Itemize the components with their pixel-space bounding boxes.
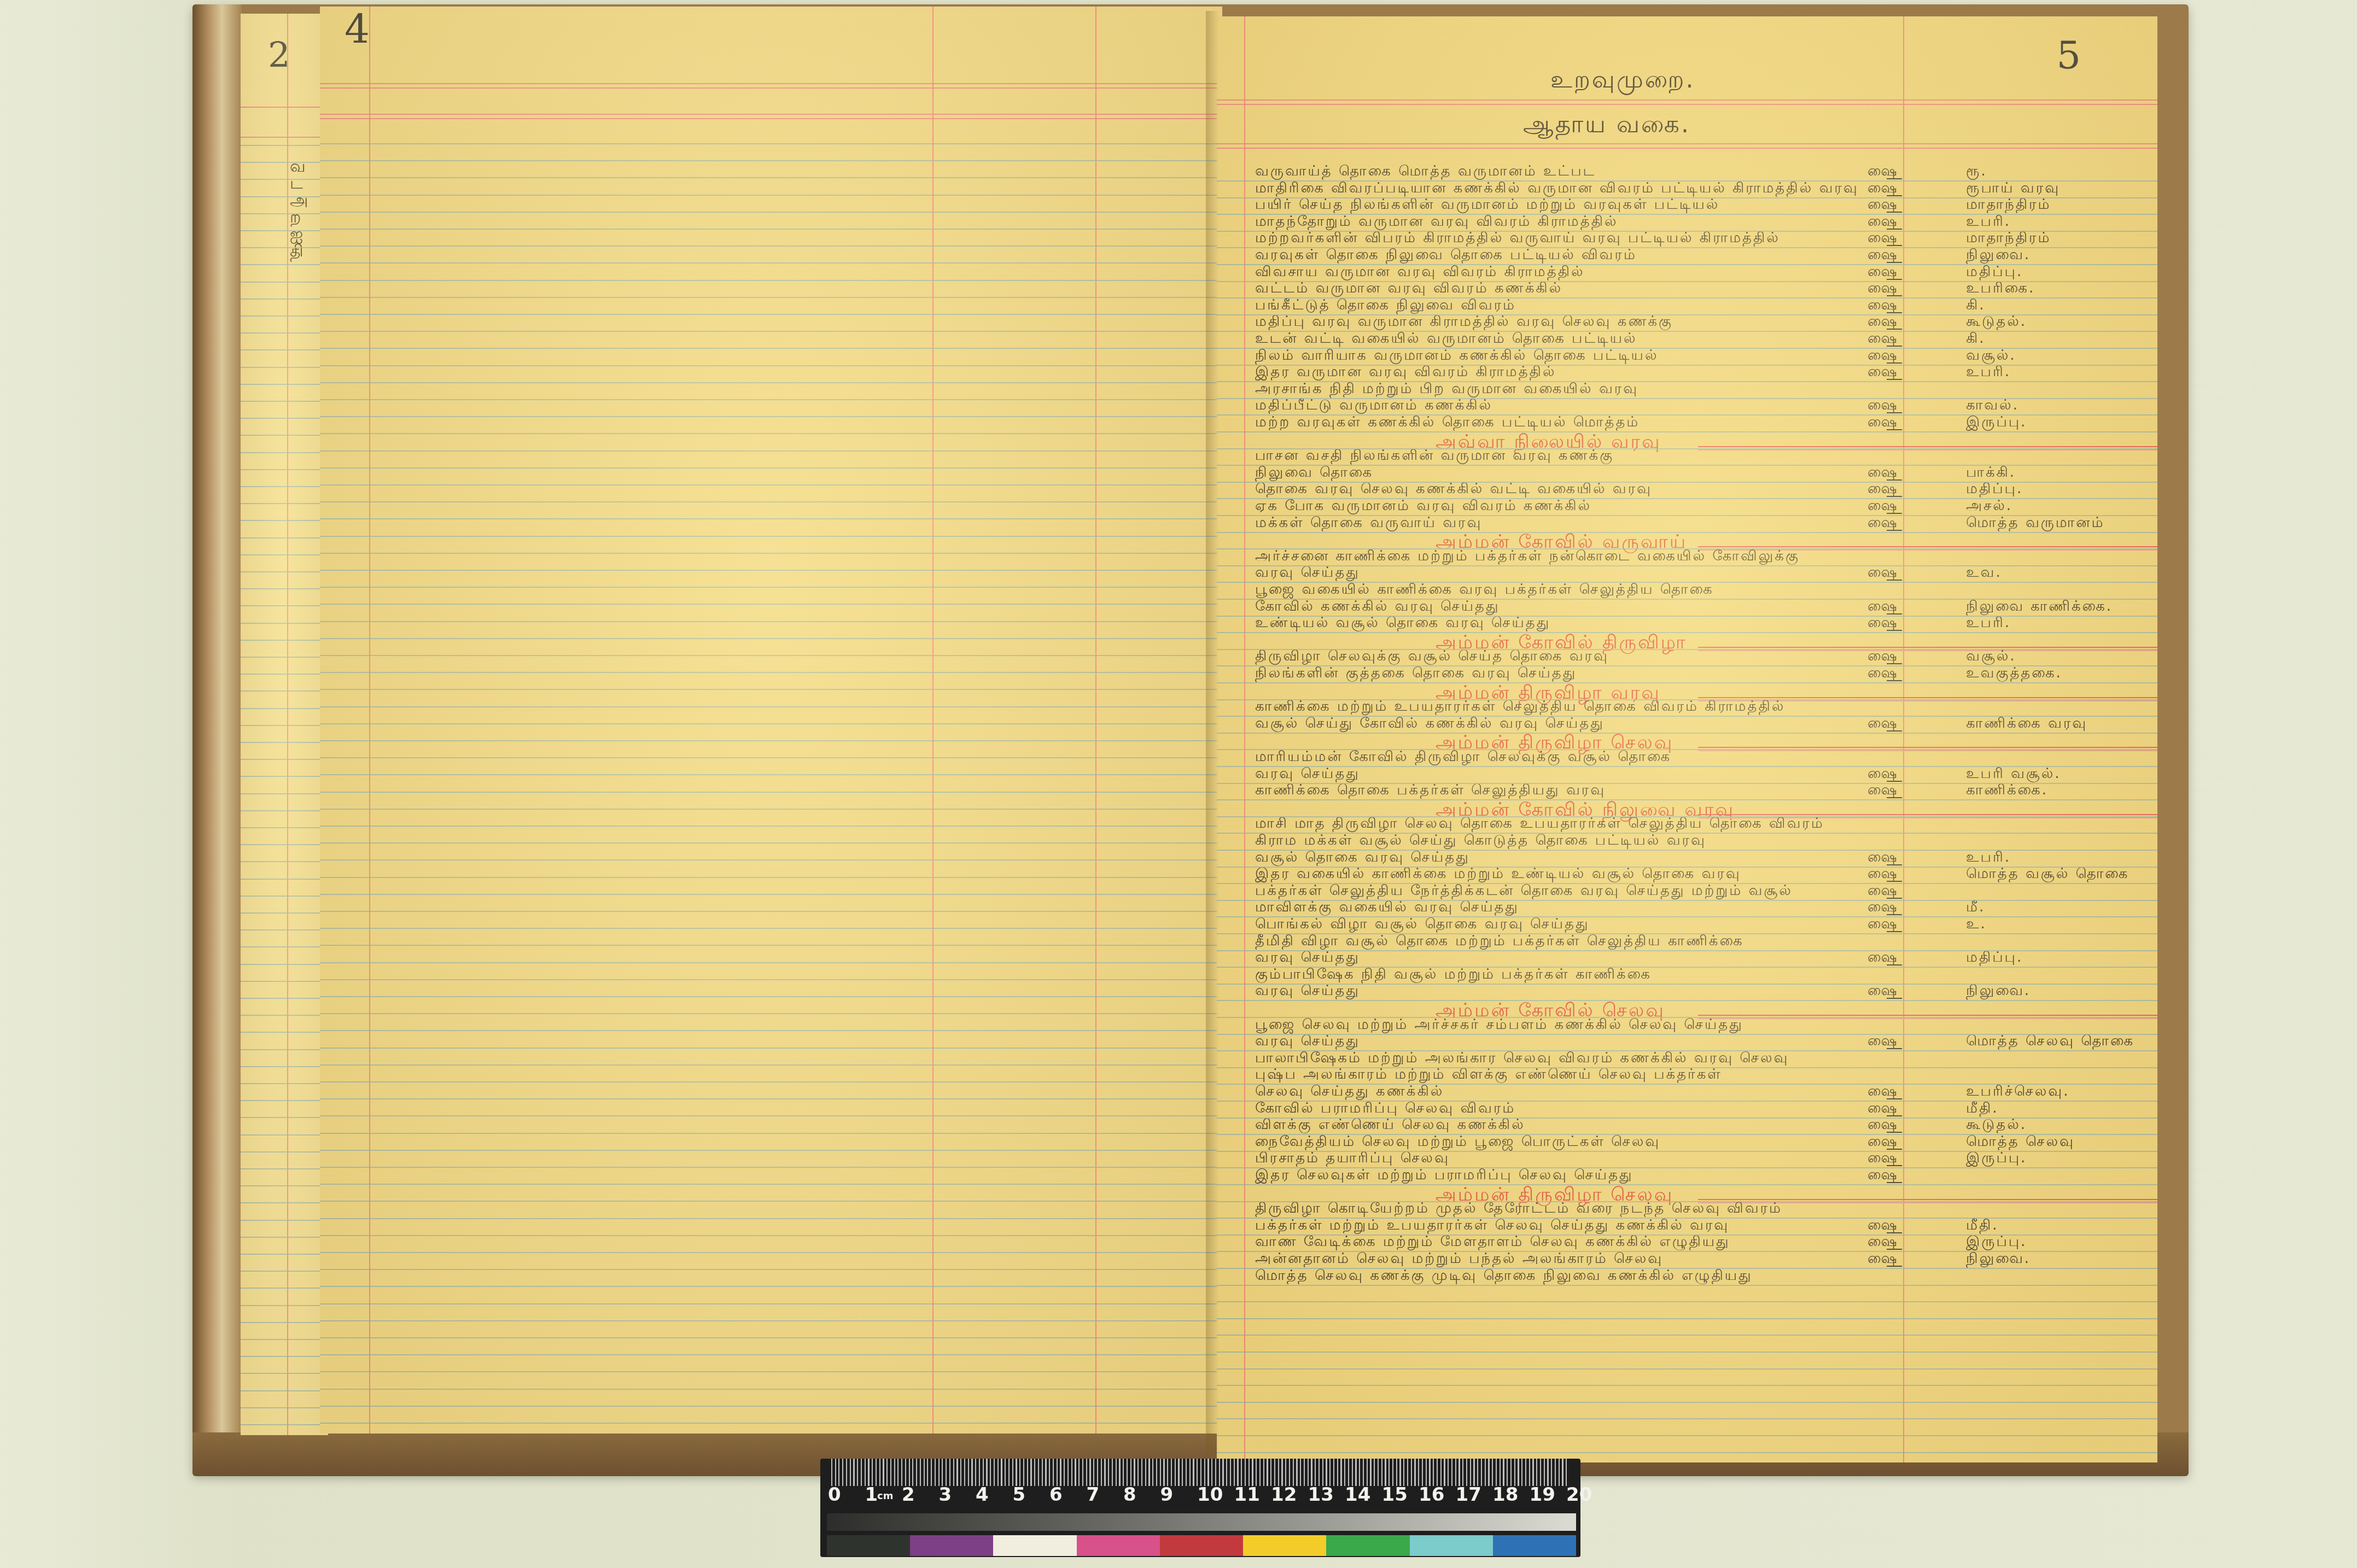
ledger-entry-text: மாரியம்மன் கோவில் திருவிழா செலவுக்கு வசூ…	[1255, 748, 1671, 767]
ledger-entry-text: விவசாய வருமான வரவு விவரம் கிராமத்தில்	[1255, 264, 1585, 282]
ledger-entry-text: மதிப்பீட்டு வருமானம் கணக்கில்	[1255, 397, 1492, 415]
color-patch-cyan	[1410, 1535, 1493, 1556]
ruling-line	[1217, 515, 2157, 516]
ruling-line	[320, 638, 1222, 639]
ruling-line	[241, 537, 328, 539]
ruling-line	[241, 1220, 328, 1221]
amount-value: நிலுவை.	[1966, 982, 2031, 1001]
ruling-line	[1217, 180, 2157, 182]
amount-value: இருப்பு.	[1966, 1150, 2027, 1168]
ruling-line	[241, 896, 328, 897]
ruling-line	[241, 1202, 328, 1203]
ruling-line	[1217, 699, 2157, 700]
scale-tick-label: 9	[1160, 1484, 1174, 1506]
ruling-line	[320, 1337, 1222, 1338]
ruling-line	[320, 979, 1222, 980]
ledger-entry-text: வரவு செய்தது	[1255, 1033, 1360, 1051]
ruling-line	[320, 1269, 1222, 1270]
ruling-line	[241, 912, 328, 914]
ditto-underline	[1887, 1266, 1902, 1267]
ruling-line	[1217, 231, 2157, 232]
ruling-line	[241, 469, 328, 470]
ruling-line	[1217, 1435, 2157, 1436]
ruling-line	[320, 1218, 1222, 1219]
ruling-line	[1217, 984, 2157, 985]
ruling-line	[320, 450, 1222, 452]
margin-line	[1244, 16, 1245, 1462]
ledger-entry-text: பக்தர்கள் மற்றும் உபயதாரர்கள் செலவு செய்…	[1255, 1217, 1729, 1235]
ruling-line	[1217, 883, 2157, 884]
ruling-line	[241, 384, 328, 385]
ruling-line	[320, 536, 1222, 537]
ruling-line	[1217, 582, 2157, 583]
ledger-entry-text: வசூல் செய்து கோவில் கணக்கில் வரவு செய்தத…	[1255, 715, 1605, 733]
scale-tick-label: 15	[1382, 1484, 1408, 1506]
ledger-entry-text: பூஜை வகையில் காணிக்கை வரவு பக்தர்கள் செல…	[1255, 581, 1714, 599]
ditto-underline	[1887, 429, 1902, 430]
ruling-line	[1217, 1402, 2157, 1403]
ruling-line	[241, 1356, 328, 1357]
ruling-line	[241, 145, 328, 146]
header-rule	[1217, 104, 2157, 105]
ruling-line	[241, 623, 328, 624]
ruling-line	[320, 1115, 1222, 1116]
ruling-line	[241, 1049, 328, 1050]
column-line	[1095, 7, 1096, 1434]
ruling-line	[320, 143, 1222, 144]
color-patch-blue	[1493, 1535, 1576, 1556]
scale-tick-label: 20	[1566, 1484, 1592, 1506]
ruling-line	[241, 1390, 328, 1391]
ruling-line	[241, 879, 328, 880]
ledger-entry-text: திருவிழா செலவுக்கு வசூல் செய்த தொகை வரவு	[1255, 648, 1609, 666]
ruling-line	[1217, 1318, 2157, 1319]
ledger-entry-text: திருவிழா கொடியேற்றம் முதல் தேரோட்டம் வரை…	[1255, 1200, 1782, 1218]
ruling-line	[320, 280, 1222, 281]
ruling-line	[1217, 716, 2157, 717]
scale-tick-label: 18	[1492, 1484, 1518, 1506]
ruling-line	[1217, 548, 2157, 549]
ruling-line	[320, 1235, 1222, 1236]
ledger-entry-text: பொங்கல் விழா வசூல் தொகை வரவு செய்தது	[1255, 916, 1590, 934]
ruling-line	[241, 264, 328, 265]
ruling-line	[1217, 1218, 2157, 1219]
ruling-line	[1217, 431, 2157, 432]
ledger-entry-text: உண்டியல் வசூல் தொகை வரவு செய்தது	[1255, 615, 1550, 633]
ruling-line	[320, 859, 1222, 861]
ruling-line	[320, 842, 1222, 844]
ruling-line	[320, 467, 1222, 469]
ruling-line	[241, 1083, 328, 1084]
ruling-line	[320, 1286, 1222, 1287]
ruling-line	[241, 1066, 328, 1067]
ruling-line	[320, 331, 1222, 332]
ruling-line	[320, 672, 1222, 673]
ditto-underline	[1887, 964, 1902, 966]
ruling-line	[1217, 1034, 2157, 1035]
amount-value: கூடுதல்.	[1966, 1116, 2027, 1134]
amount-value: மொத்த வசூல் தொகை	[1966, 865, 2129, 884]
amount-value: உபரி வசூல்.	[1966, 765, 2061, 783]
ruling-line	[241, 247, 328, 248]
ledger-entry-text: நிலுவை தொகை	[1255, 464, 1373, 482]
ruling-line	[320, 348, 1222, 349]
ruling-line	[241, 1271, 328, 1272]
ledger-entry-text: நிலங்களின் குத்தகை தொகை வரவு செய்தது	[1255, 665, 1577, 683]
ruling-line	[1217, 532, 2157, 533]
ruling-line	[320, 1081, 1222, 1083]
ruling-line	[320, 894, 1222, 895]
ruling-line	[320, 655, 1222, 656]
ruling-line	[241, 179, 328, 180]
ledger-entry-text: பிரசாதம் தயாரிப்பு செலவு	[1255, 1150, 1450, 1168]
stub-page: 2 வடஅறஐதி	[241, 14, 328, 1435]
ruling-line	[320, 740, 1222, 741]
ruling-line	[1217, 281, 2157, 282]
ruling-line	[320, 1406, 1222, 1407]
ledger-entry-text: வருவாய்த் தொகை மொத்த வருமானம் உட்பட	[1255, 163, 1596, 181]
ruling-line	[1217, 1134, 2157, 1135]
ruling-line	[320, 484, 1222, 485]
ruling-line	[1217, 1335, 2157, 1336]
ruling-line	[241, 1237, 328, 1238]
ruling-line	[320, 928, 1222, 929]
ledger-entry-text: உடன் வட்டி வகையில் வருமானம் தொகை பட்டியல…	[1255, 330, 1637, 348]
amount-value: இருப்பு.	[1966, 414, 2027, 432]
scale-tick-label: 13	[1308, 1484, 1334, 1506]
ruling-line	[241, 1032, 328, 1033]
ruling-line	[241, 929, 328, 931]
scale-unit-label: cm	[877, 1490, 893, 1502]
amount-column-line	[1903, 16, 1904, 1462]
ruling-line	[241, 196, 328, 197]
ruling-line	[320, 587, 1222, 588]
amount-value: ரூபாய் வரவு	[1966, 180, 2060, 198]
ruling-line	[1217, 1101, 2157, 1102]
ruling-line	[241, 315, 328, 317]
ruling-line	[1217, 916, 2157, 917]
ruling-line	[1217, 398, 2157, 399]
ruling-line	[1217, 297, 2157, 299]
amount-value: கூடுதல்.	[1966, 313, 2027, 331]
ruling-line	[241, 1117, 328, 1118]
ditto-underline	[1887, 730, 1902, 732]
ruling-line	[1217, 314, 2157, 315]
ruling-line	[320, 1184, 1222, 1185]
ruling-line	[241, 452, 328, 453]
ditto-underline	[1887, 998, 1902, 999]
scale-tick-label: 8	[1123, 1484, 1136, 1506]
ruling-line	[241, 1015, 328, 1016]
ledger-entry-text: நிலம் வாரியாக வருமானம் கணக்கில் தொகை பட்…	[1255, 347, 1659, 365]
ruling-line	[320, 1320, 1222, 1321]
ruling-line	[1217, 1084, 2157, 1085]
ruling-line	[241, 981, 328, 982]
ruling-line	[320, 382, 1222, 383]
scale-tick-label: 17	[1456, 1484, 1481, 1506]
ruling-line	[320, 212, 1222, 213]
ruling-line	[241, 299, 328, 300]
ruling-line	[241, 742, 328, 743]
ditto-underline	[1887, 379, 1902, 380]
ruling-line	[1217, 665, 2157, 666]
ruling-line	[241, 230, 328, 231]
ruling-line	[320, 1048, 1222, 1049]
ruling-line	[320, 1013, 1222, 1014]
ruling-line	[241, 162, 328, 163]
ledger-entry-text: கோவில் கணக்கில் வரவு செய்தது	[1255, 598, 1500, 616]
ruler-ticks	[831, 1459, 1570, 1486]
header-rule	[1217, 148, 2157, 149]
ledger-entry-text: வரவு செய்தது	[1255, 564, 1360, 582]
ruling-line	[1217, 682, 2157, 683]
ruling-line	[320, 911, 1222, 912]
amount-value: மீ.	[1966, 899, 1985, 917]
ruling-line	[1217, 950, 2157, 951]
ruling-line	[320, 229, 1222, 230]
amount-value: மீதி.	[1966, 1217, 1999, 1235]
amount-value: அசல்.	[1966, 498, 2012, 516]
ruling-line	[320, 1423, 1222, 1424]
ledger-entry-text: இதர வருமான வரவு விவரம் கிராமத்தில்	[1255, 364, 1556, 382]
ruling-line	[1217, 783, 2157, 784]
amount-value: பாக்கி.	[1966, 464, 2016, 482]
ruling-line	[241, 1151, 328, 1152]
ledger-entry-text: பாலாபிஷேகம் மற்றும் அலங்கார செலவு விவரம்…	[1255, 1050, 1789, 1068]
scale-tick-label: 19	[1530, 1484, 1555, 1506]
ruling-line	[241, 1305, 328, 1306]
ruling-line	[1217, 1452, 2157, 1453]
ruling-line	[1217, 1201, 2157, 1202]
ruling-line	[320, 1064, 1222, 1066]
ledger-entry-text: தீமிதி விழா வசூல் தொகை மற்றும் பக்தர்கள்…	[1255, 933, 1744, 951]
ruling-line	[241, 503, 328, 504]
page-title: உறவுமுறை.	[1550, 66, 1695, 97]
ruling-line	[1217, 264, 2157, 265]
header-rule	[1217, 143, 2157, 144]
scale-tick-label: 16	[1419, 1484, 1444, 1506]
ruling-line	[320, 1098, 1222, 1099]
ruling-line	[320, 570, 1222, 571]
ruling-line	[1217, 482, 2157, 483]
ruling-line	[241, 588, 328, 589]
amount-value: மாதாந்திரம்	[1966, 230, 2051, 248]
ledger-entry-text: பக்தர்கள் செலுத்திய நேர்த்திக்கடன் தொகை …	[1255, 882, 1793, 900]
ruling-line	[1217, 599, 2157, 600]
ruling-line	[1217, 1118, 2157, 1119]
ruling-line	[320, 1133, 1222, 1134]
ruling-line	[241, 418, 328, 419]
ruling-line	[241, 1168, 328, 1169]
amount-value: வசூல்.	[1966, 648, 2016, 666]
ditto-underline	[1887, 630, 1902, 631]
ditto-underline	[1887, 797, 1902, 798]
ditto-underline	[1887, 1182, 1902, 1183]
ledger-entry-text: மாதந்தோறும் வருமான வரவு விவரம் கிராமத்தி…	[1255, 213, 1618, 231]
ruling-line	[1217, 967, 2157, 968]
ledger-entry-text: ஏக போக வருமானம் வரவு விவரம் கணக்கில்	[1255, 498, 1591, 516]
ledger-entry-text: வரவு செய்தது	[1255, 949, 1360, 967]
ruling-line	[1217, 414, 2157, 416]
amount-value: மதிப்பு.	[1966, 264, 2023, 282]
color-patch-red	[1160, 1535, 1243, 1556]
amount-value: உவ.	[1966, 564, 2002, 582]
ruling-line	[241, 998, 328, 999]
ruling-line	[1217, 1151, 2157, 1152]
ruling-line	[320, 706, 1222, 707]
amount-value: உபரிச்செலவு.	[1966, 1083, 2069, 1101]
ledger-entry-text: நைவேத்தியம் செலவு மற்றும் பூஜை பொருட்கள்…	[1255, 1133, 1660, 1151]
scale-tick-label: 0	[828, 1484, 841, 1506]
ruling-line	[320, 262, 1222, 264]
amount-value: மதிப்பு.	[1966, 481, 2023, 499]
ruling-line	[241, 810, 328, 811]
ruling-line	[1217, 1351, 2157, 1353]
ruling-line	[320, 757, 1222, 758]
ledger-entry-text: வரவுகள் தொகை நிலுவை தொகை பட்டியல் விவரம்	[1255, 247, 1637, 265]
ruling-line	[1217, 1251, 2157, 1252]
header-rule	[320, 87, 1222, 89]
ruling-line	[320, 399, 1222, 400]
amount-value: உபரி.	[1966, 849, 2011, 867]
ruling-line	[320, 945, 1222, 946]
ruling-line	[320, 723, 1222, 724]
ruling-line	[241, 401, 328, 402]
ruling-line	[320, 1030, 1222, 1031]
ruling-line	[320, 826, 1222, 827]
ditto-underline	[1887, 931, 1902, 932]
ledger-entry-text: மக்கள் தொகை வருவாய் வரவு	[1255, 514, 1482, 533]
ruling-line	[1217, 381, 2157, 382]
ruling-line	[241, 708, 328, 709]
ruling-line	[241, 554, 328, 555]
ledger-entry-text: வரவு செய்தது	[1255, 982, 1360, 1001]
amount-value: நிலுவை.	[1966, 247, 2031, 265]
ruling-line	[241, 1100, 328, 1101]
ruling-line	[320, 433, 1222, 434]
ruling-line	[1217, 733, 2157, 734]
ledger-entry-text: மற்றவர்களின் விபரம் கிராமத்தில் வருவாய் …	[1255, 230, 1780, 248]
color-calibration-scale: 01234567891011121314151617181920cm	[820, 1459, 1580, 1557]
ledger-entry-text: அன்னதானம் செலவு மற்றும் பந்தல் அலங்காரம்…	[1255, 1250, 1663, 1268]
scale-tick-label: 11	[1234, 1484, 1260, 1506]
ruling-line	[320, 774, 1222, 775]
ruling-line	[1217, 1301, 2157, 1302]
ruling-line	[1217, 1368, 2157, 1370]
ruling-line	[320, 996, 1222, 997]
ledger-entry-text: மற்ற வரவுகள் கணக்கில் தொகை பட்டியல் மொத்…	[1255, 414, 1640, 432]
ledger-entry-text: காணிக்கை தொகை பக்தர்கள் செலுத்தியது வரவு	[1255, 782, 1606, 800]
page-number: 5	[2056, 33, 2081, 78]
ledger-entry-text: வசூல் தொகை வரவு செய்தது	[1255, 849, 1470, 867]
ruling-line	[320, 792, 1222, 793]
ruling-line	[241, 520, 328, 521]
ledger-entry-text: காணிக்கை மற்றும் உபயதாரர்கள் செலுத்திய த…	[1255, 698, 1785, 716]
amount-value: உபரிகை.	[1966, 280, 2035, 298]
amount-value: ரூ.	[1966, 163, 1987, 181]
scale-tick-label: 10	[1197, 1484, 1223, 1506]
ruling-line	[320, 604, 1222, 605]
ruling-line	[1217, 565, 2157, 566]
ruling-line	[241, 861, 328, 862]
ruling-line	[1217, 1385, 2157, 1386]
ruling-line	[1217, 1167, 2157, 1168]
ruling-line	[1217, 766, 2157, 767]
ruling-line	[241, 640, 328, 641]
ruling-line	[241, 793, 328, 794]
ruling-line	[241, 1424, 328, 1425]
ruling-line	[1217, 331, 2157, 332]
ruling-line	[1217, 1234, 2157, 1236]
header-rule	[320, 118, 1222, 119]
header-rule	[320, 114, 1222, 115]
ruling-line	[1217, 749, 2157, 750]
ledger-entry-text: பயிர் செய்த நிலங்களின் வருமானம் மற்றும் …	[1255, 196, 1719, 214]
ledger-entry-text: விளக்கு எண்ணெய் செலவு கணக்கில்	[1255, 1116, 1525, 1134]
scale-tick-label: 5	[1013, 1484, 1026, 1506]
amount-value: கி.	[1966, 297, 1986, 315]
ledger-entry-text: கிராம மக்கள் வசூல் செய்து கொடுத்த தொகை ப…	[1255, 832, 1706, 850]
ruling-line	[1217, 1067, 2157, 1068]
amount-value: மீதி.	[1966, 1100, 1999, 1118]
book-spine-edge	[192, 4, 242, 1475]
amount-value: கி.	[1966, 330, 1986, 348]
ruling-line	[1217, 1050, 2157, 1051]
color-patch-magenta	[1077, 1535, 1160, 1556]
ledger-entry-text: அரசாங்க நிதி மற்றும் பிற வருமான வகையில் …	[1255, 381, 1638, 399]
ruling-line	[1217, 214, 2157, 215]
amount-value: மொத்த வருமானம்	[1966, 514, 2105, 533]
scale-tick-label: 6	[1049, 1484, 1063, 1506]
ruling-line	[1217, 816, 2157, 817]
ledger-entry-text: பூஜை செலவு மற்றும் அர்ச்சகர் சம்பளம் கணக…	[1255, 1016, 1743, 1034]
ruling-line	[1217, 1285, 2157, 1286]
ruling-line	[320, 314, 1222, 315]
ruling-line	[1217, 850, 2157, 851]
ruling-line	[241, 435, 328, 436]
ruling-line	[241, 1185, 328, 1186]
color-patch-yellow	[1243, 1535, 1326, 1556]
ruling-line	[1217, 1017, 2157, 1018]
ruling-line	[1217, 833, 2157, 834]
amount-value: மொத்த செலவு தொகை	[1966, 1033, 2134, 1051]
ledger-entry-text: கோவில் பராமரிப்பு செலவு விவரம்	[1255, 1100, 1515, 1118]
ditto-underline	[1887, 1048, 1902, 1049]
margin-line	[369, 7, 370, 1434]
ruling-line	[1217, 448, 2157, 449]
amount-value: உபரி.	[1966, 213, 2011, 231]
ruling-line	[320, 1303, 1222, 1304]
ledger-entry-text: மாசி மாத திருவிழா செலவு தொகை உபயதாரர்கள்…	[1255, 815, 1824, 833]
ruling-line	[241, 1322, 328, 1323]
page-gutter	[1206, 11, 1228, 1454]
ledger-entry-text: இதர வகையில் காணிக்கை மற்றும் உண்டியல் வச…	[1255, 865, 1741, 884]
ruling-line	[241, 657, 328, 658]
ledger-entry-text: இதர செலவுகள் மற்றும் பராமரிப்பு செலவு செ…	[1255, 1167, 1633, 1185]
ruling-line	[241, 674, 328, 675]
scale-tick-label: 2	[902, 1484, 915, 1506]
margin-fragment: தி	[290, 242, 304, 263]
ruling-line	[320, 621, 1222, 622]
ruling-line	[320, 365, 1222, 366]
ruling-line	[320, 809, 1222, 810]
color-patch-green	[1326, 1535, 1409, 1556]
ruling-line	[241, 349, 328, 350]
ruling-line	[241, 691, 328, 692]
color-patch-white	[993, 1535, 1076, 1556]
ruling-line	[320, 1201, 1222, 1202]
ruling-line	[1217, 1418, 2157, 1419]
